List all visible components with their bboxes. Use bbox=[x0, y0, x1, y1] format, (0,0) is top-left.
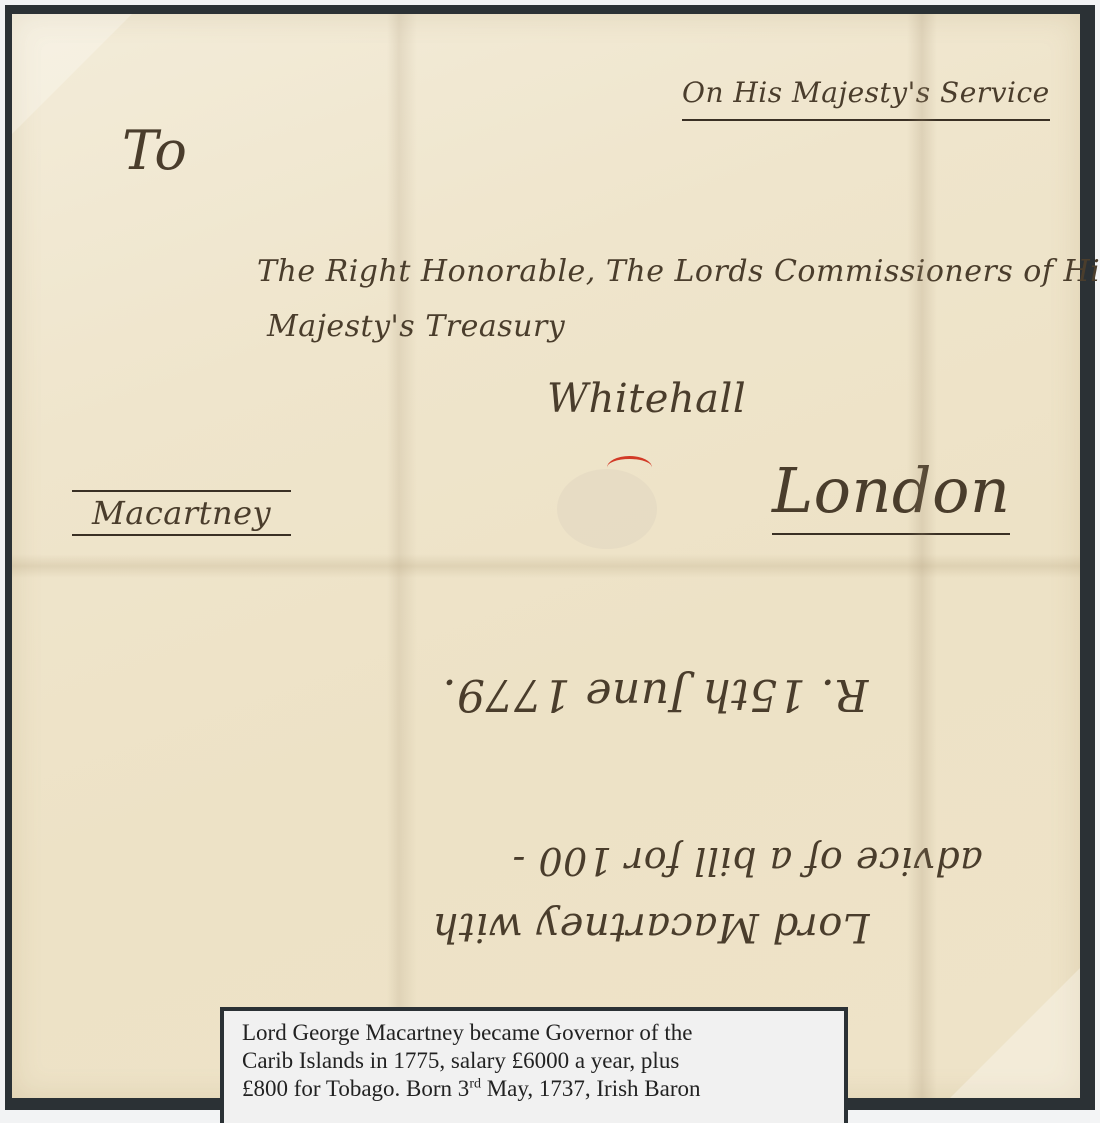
ohms-endorsement: On His Majesty's Service bbox=[682, 76, 1050, 121]
letter-cover: On His Majesty's Service To The Right Ho… bbox=[12, 14, 1080, 1098]
red-wax-seal bbox=[607, 456, 652, 479]
caption-line-3: £800 for Tobago. Born 3rd May, 1737, Iri… bbox=[242, 1075, 826, 1103]
caption-line-2: Carib Islands in 1775, salary £6000 a ye… bbox=[242, 1047, 826, 1075]
photo-corner-bottom-right bbox=[950, 968, 1080, 1098]
seal-impression bbox=[557, 469, 657, 549]
caption-text: Lord George Macartney became Governor of… bbox=[224, 1011, 844, 1123]
caption-box: Lord George Macartney became Governor of… bbox=[220, 1007, 848, 1123]
horizontal-fold bbox=[12, 554, 1080, 578]
caption-line-3-pre: £800 for Tobago. Born 3 bbox=[242, 1076, 469, 1101]
photo-corner-top-left bbox=[12, 14, 132, 134]
docket-note-line-2: advice of a bill for 100 - bbox=[512, 839, 983, 883]
sender-signature: Macartney bbox=[72, 490, 291, 536]
docket-note-line-1: Lord Macartney with bbox=[432, 904, 869, 950]
docket-received-date: R. 15th June 1779. bbox=[442, 669, 868, 720]
salutation: To bbox=[122, 119, 187, 182]
address-city: London bbox=[772, 454, 1010, 535]
address-line-2: Majesty's Treasury bbox=[267, 309, 565, 344]
caption-superscript: rd bbox=[469, 1076, 481, 1091]
caption-line-3-post: May, 1737, Irish Baron bbox=[481, 1076, 701, 1101]
address-line-3: Whitehall bbox=[547, 376, 746, 422]
caption-line-1: Lord George Macartney became Governor of… bbox=[242, 1019, 826, 1047]
address-line-1: The Right Honorable, The Lords Commissio… bbox=[257, 254, 1100, 289]
